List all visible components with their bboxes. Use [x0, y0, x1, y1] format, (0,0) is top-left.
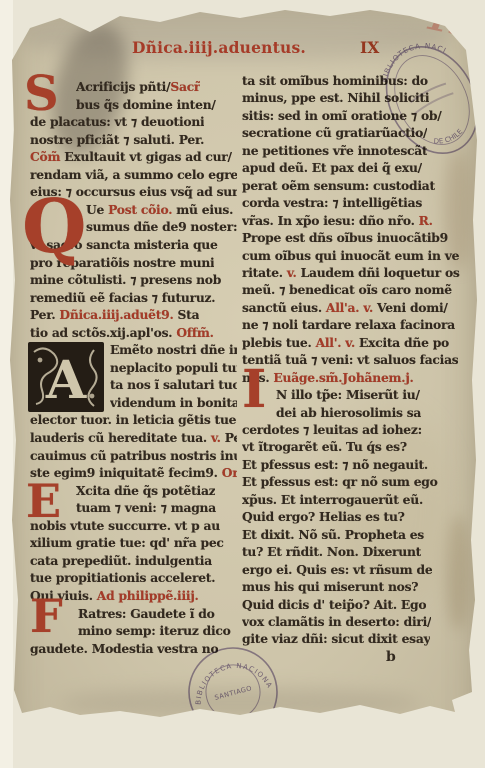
body-text: corda vestra: ⁊ intelligẽtias: [242, 195, 422, 210]
rubric-text: Post cõio.: [108, 202, 172, 217]
rubric-text: R.: [419, 213, 433, 228]
text-line: meũ. ⁊ benedicat oĩs caro nomẽ: [242, 282, 452, 297]
drop-cap-S: S: [24, 74, 59, 115]
text-line: elector tuor. in leticia gẽtis tue: vt: [30, 412, 237, 427]
woodcut-initial-A: A: [28, 342, 104, 412]
body-text: ritate.: [242, 265, 287, 280]
rubric-text: v.: [287, 265, 297, 280]
text-line: cata prepediũt. indulgentia: [30, 553, 212, 568]
rubric-text: All'. v.: [316, 335, 355, 350]
svg-text:CHILE: CHILE: [225, 713, 258, 732]
text-line: Emẽto nostri dñe in be/: [110, 342, 237, 357]
body-text: Laudem dñi loquetur os: [297, 265, 460, 280]
text-line: Et dixit. Nõ sũ. Propheta es: [242, 527, 424, 542]
body-text: neplacito populi tui visi: [110, 360, 237, 375]
body-text: meũ. ⁊ benedicat oĩs caro nomẽ: [242, 282, 452, 297]
body-text: xilium gratie tue: qd' nr̃a pec: [30, 535, 224, 550]
svg-text:SANTIAGO: SANTIAGO: [214, 684, 253, 702]
text-line: ste egim9 iniquitatẽ fecim9. Orõ.: [30, 465, 237, 480]
body-text: Exultauit vt gigas ad cur/: [64, 149, 231, 164]
text-line: Per. Dñica.iiij.aduẽt9. Sta: [30, 307, 199, 322]
svg-text:A: A: [45, 350, 87, 411]
body-text: dei ab hierosolimis sa: [276, 405, 421, 420]
body-text: tu? Et rñdit. Non. Dixerunt: [242, 544, 421, 559]
rubric-text: Offm̃.: [176, 325, 213, 340]
stain-right-lower: [446, 515, 470, 630]
rubric-text: Dñica.iiij.aduẽt9.: [59, 307, 173, 322]
drop-cap-F: F: [30, 597, 63, 636]
text-line: sanctũ eius. All'a. v. Veni domi/: [242, 300, 448, 315]
text-line: corda vestra: ⁊ intelligẽtias: [242, 195, 422, 210]
text-line: Ratres: Gaudete ĩ do: [78, 606, 215, 621]
body-text: mine cõtulisti. ⁊ presens nob: [30, 272, 221, 287]
manuscript-paper: Dñica.iiij.aduentus. IX Acrificijs pñti/…: [0, 0, 485, 768]
body-text: videndum in bonitate: [110, 395, 237, 410]
text-line: remediũ eẽ facias ⁊ futuruz.: [30, 290, 215, 305]
body-text: Acrificijs pñti/: [76, 79, 170, 94]
body-text: Ratres: Gaudete ĩ do: [78, 606, 215, 621]
svg-text:BIBLIOTECA NACIONAL: BIBLIOTECA NACIONAL: [186, 653, 274, 709]
text-line: N illo tp̃e: Miserũt iu/: [276, 387, 420, 402]
body-text: Excita dñe po: [355, 335, 449, 350]
body-text: Quid dicis d' teip̃o? Ait. Ego: [242, 597, 426, 612]
rubric-text: Orõ.: [222, 465, 237, 480]
text-line: vt ĩtrogarẽt eũ. Tu q́s es?: [242, 439, 407, 454]
rubric-text: Ad philippẽ.iiij.: [97, 588, 199, 603]
body-text: elector tuor. in leticia gẽtis tue: vt: [30, 412, 237, 427]
body-text: Et pfessus est: ⁊ nõ negauit.: [242, 457, 428, 472]
body-text: Et dixit. Nõ sũ. Propheta es: [242, 527, 424, 542]
body-text: Xcita dñe q̃s potẽtiaz: [76, 483, 215, 498]
text-line: Quid ergo? Helias es tu?: [242, 509, 405, 524]
svg-text:BIBLIOTECA NACIONAL: BIBLIOTECA NACIONAL: [370, 28, 467, 119]
body-text: cerdotes ⁊ leuitas ad iohez:: [242, 422, 422, 437]
text-line: tue propitiationis acceleret.: [30, 570, 215, 585]
body-text: tue propitiationis acceleret.: [30, 570, 215, 585]
body-text: xp̃us. Et interrogauerũt eũ.: [242, 492, 423, 507]
text-line: tentiã tuã ⁊ veni: vt saluos facias: [242, 352, 458, 367]
scanned-page: Dñica.iiij.aduentus. IX Acrificijs pñti/…: [0, 0, 485, 768]
text-line: cum oĩbus qui inuocãt eum in ve: [242, 248, 459, 263]
text-line: ergo ei. Quis es: vt rñsum de: [242, 562, 432, 577]
text-line: mine cõtulisti. ⁊ presens nob: [30, 272, 221, 287]
body-text: plebis tue.: [242, 335, 316, 350]
text-line: cerdotes ⁊ leuitas ad iohez:: [242, 422, 422, 437]
body-text: Per.: [30, 307, 59, 322]
body-text: tuam ⁊ veni: ⁊ magna: [76, 500, 216, 515]
text-line: nos. Euãge.sm̃.Johãnem.j.: [242, 370, 414, 385]
text-line: Xcita dñe q̃s potẽtiaz: [76, 483, 215, 498]
text-line: ritate. v. Laudem dñi loquetur os: [242, 265, 460, 280]
body-text: cauimus cũ patribus nostris inu/: [30, 448, 237, 463]
body-text: remediũ eẽ facias ⁊ futuruz.: [30, 290, 215, 305]
rubric-text: Cõm̃: [30, 149, 64, 164]
text-line: bus q̃s domine inten/: [76, 97, 216, 112]
text-line: cauimus cũ patribus nostris inu/: [30, 448, 237, 463]
text-line: plebis tue. All'. v. Excita dñe po: [242, 335, 449, 350]
body-text: ta nos ĩ salutari tuo ad: [110, 377, 237, 392]
text-line: ta nos ĩ salutari tuo ad: [110, 377, 237, 392]
body-text: N illo tp̃e: Miserũt iu/: [276, 387, 420, 402]
rubric-text: v.: [211, 430, 221, 445]
text-line: vr̃as. In xp̃o iesu: dño nr̃o. R.: [242, 213, 433, 228]
body-text: rendam viã, a summo celo egressio: [30, 167, 237, 182]
body-text: tentiã tuã ⁊ veni: vt saluos facias: [242, 352, 458, 367]
body-text: cata prepediũt. indulgentia: [30, 553, 212, 568]
text-line: videndum in bonitate: [110, 395, 237, 410]
text-line: nostre pficiãt ⁊ saluti. Per.: [30, 132, 204, 147]
text-line: rendam viã, a summo celo egressio: [30, 167, 237, 182]
running-title: Dñica.iiij.aduentus.: [132, 38, 306, 57]
text-line: lauderis cũ hereditate tua. v. Pec/: [30, 430, 237, 445]
rubric-text: Sacr̃: [170, 79, 200, 94]
body-text: vr̃as. In xp̃o iesu: dño nr̃o.: [242, 213, 419, 228]
body-text: Prope est dñs oĩbus inuocãtib9: [242, 230, 448, 245]
body-text: vt ĩtrogarẽt eũ. Tu q́s es?: [242, 439, 407, 454]
text-line: tu? Et rñdit. Non. Dixerunt: [242, 544, 421, 559]
text-line: tio ad sctõs.xij.apl'os. Offm̃.: [30, 325, 214, 340]
body-text: lauderis cũ hereditate tua.: [30, 430, 211, 445]
body-text: mũ eius.: [172, 202, 233, 217]
drop-cap-Q: Q: [22, 196, 86, 259]
body-text: ne ⁊ noli tardare relaxa facinora: [242, 317, 455, 332]
text-line: tuam ⁊ veni: ⁊ magna: [76, 500, 216, 515]
body-text: ergo ei. Quis es: vt rñsum de: [242, 562, 432, 577]
text-line: xp̃us. Et interrogauerũt eũ.: [242, 492, 423, 507]
body-text: bus q̃s domine inten/: [76, 97, 216, 112]
rubric-text: All'a. v.: [326, 300, 373, 315]
text-line: Ue Post cõio. mũ eius.: [86, 202, 233, 217]
text-line: Quid dicis d' teip̃o? Ait. Ego: [242, 597, 426, 612]
drop-cap-E: E: [26, 482, 61, 521]
text-line: Et pfessus est: ⁊ nõ negauit.: [242, 457, 428, 472]
text-line: Et pfessus est: qr nõ sum ego: [242, 474, 438, 489]
text-line: xilium gratie tue: qd' nr̃a pec: [30, 535, 224, 550]
text-line: dei ab hierosolimis sa: [276, 405, 421, 420]
body-text: Veni domi/: [373, 300, 448, 315]
text-line: mus his qui miserunt nos?: [242, 579, 418, 594]
body-text: Quid ergo? Helias es tu?: [242, 509, 405, 524]
text-line: Acrificijs pñti/Sacr̃: [76, 79, 200, 94]
signature-mark: b: [386, 649, 396, 665]
body-text: nostre pficiãt ⁊ saluti. Per.: [30, 132, 204, 147]
body-text: Sta: [174, 307, 200, 322]
body-text: sumus dñe de9 noster:: [86, 219, 237, 234]
body-text: Et pfessus est: qr nõ sum ego: [242, 474, 438, 489]
body-text: Pec/: [221, 430, 237, 445]
body-text: cum oĩbus qui inuocãt eum in ve: [242, 248, 459, 263]
text-line: Cõm̃ Exultauit vt gigas ad cur/: [30, 149, 232, 164]
body-text: Ue: [86, 202, 108, 217]
drop-cap-I: I: [242, 368, 266, 412]
body-text: sanctũ eius.: [242, 300, 326, 315]
text-line: Prope est dñs oĩbus inuocãtib9: [242, 230, 448, 245]
text-line: neplacito populi tui visi: [110, 360, 237, 375]
body-text: mus his qui miserunt nos?: [242, 579, 418, 594]
body-text: tio ad sctõs.xij.apl'os.: [30, 325, 176, 340]
text-line: ne ⁊ noli tardare relaxa facinora: [242, 317, 455, 332]
text-line: sumus dñe de9 noster:: [86, 219, 237, 234]
rubric-text: Euãge.sm̃.Johãnem.j.: [273, 370, 413, 385]
body-text: Emẽto nostri dñe in be/: [110, 342, 237, 357]
